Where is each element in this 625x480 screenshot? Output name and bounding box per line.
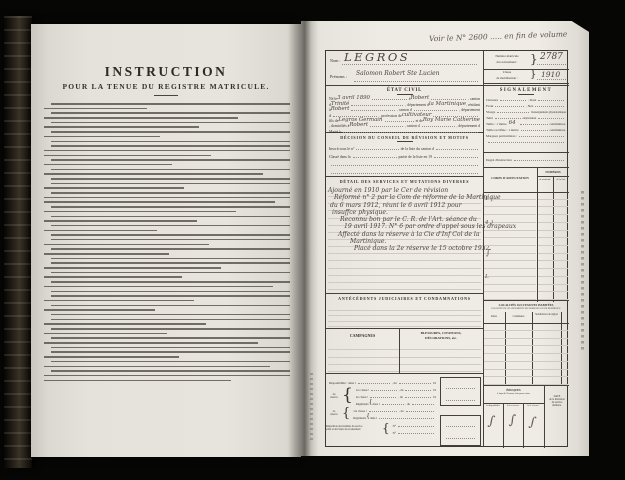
liberation-date-text: DATEde la libérationdu servicemilitaire.: [545, 395, 569, 407]
services-entries-item: Réformé n° 2 par la Com de réforme de la…: [334, 194, 482, 201]
rule-line: [328, 350, 481, 357]
partie-liste-label: partie de la liste en 19: [399, 155, 432, 159]
instruction-text-line: [44, 380, 231, 382]
rule-line: [484, 354, 568, 362]
rule-line: [538, 292, 568, 300]
instruction-paragraph: [44, 272, 290, 278]
campagnes-divider: [399, 329, 400, 374]
instruction-text-line: [44, 300, 194, 302]
instruction-text-line: [51, 141, 290, 143]
instruction-text-line: [44, 150, 290, 152]
corps-mark: 1 }: [485, 196, 494, 202]
form-header: Nom : LEGROS Prénoms : Salomon Robert St…: [326, 51, 569, 86]
instruction-paragraph: [44, 103, 290, 109]
fils-de-label: fils de: [329, 119, 338, 123]
instruction-text-line: [51, 103, 290, 105]
renseignements-label: Renseignements physionomiques: [531, 111, 566, 114]
canton-label: , canton: [468, 97, 480, 101]
instruction-text-line: [51, 169, 290, 171]
form-main-divider: [483, 51, 484, 446]
instruction-text-line: [44, 187, 184, 189]
leader: [535, 106, 564, 107]
leader: [446, 400, 475, 401]
instruction-text-line: [44, 197, 290, 199]
instruction-text-line: [51, 248, 290, 250]
instruction-text-line: [51, 192, 290, 194]
services-entries-item: Reconnu bon par le C. R. de l'Art. séanc…: [340, 216, 482, 223]
nom-underline: [342, 64, 477, 65]
corps-rules: [484, 192, 536, 300]
left-page: INSTRUCTION POUR LA TENUE DU REGISTRE MA…: [31, 24, 301, 457]
matricule-value: 2787: [540, 52, 563, 62]
epoques-section: ÉPOQUES à laquelle l'homme doit passer d…: [483, 386, 569, 448]
leader: [369, 411, 397, 412]
rule-line: [484, 292, 536, 300]
instruction-text-line: [51, 159, 290, 161]
instruction-text-line: [51, 131, 290, 133]
rule-line: [328, 269, 481, 276]
signalement-title-rule: [518, 94, 534, 95]
rule-line: [538, 223, 568, 231]
services-entries-item: Affecté dans la réserve à la Cie d'Inf C…: [338, 231, 482, 238]
rule-line: [538, 285, 568, 293]
instruction-paragraph: [44, 239, 290, 245]
margin-vertical-note: [310, 373, 313, 441]
instruction-text-line: [51, 291, 290, 293]
cm-label: centimètres.: [550, 122, 566, 126]
instruction-text-line: [51, 178, 290, 180]
cm2-label: centimètres.: [550, 128, 566, 132]
rule-line: [328, 254, 481, 261]
leader: [422, 126, 455, 127]
instruction-text-line: [51, 216, 290, 218]
leader: [488, 142, 564, 143]
instruction-paragraph: [44, 131, 290, 137]
epoques-header-line: [483, 403, 544, 404]
instruction-paragraph: [44, 351, 290, 357]
services-entries-item: Placé dans la 2e réserve le 15 octobre 1…: [354, 245, 482, 252]
instruction-text-line: [51, 295, 290, 297]
rule-line: [538, 200, 568, 208]
instruction-text-line: [51, 145, 290, 147]
classe1-label: 1re classe !: [353, 409, 367, 413]
antecedents-rules: [328, 305, 481, 327]
instruction-title: INSTRUCTION: [31, 64, 301, 80]
leader: [446, 438, 475, 439]
corps-mark: L: [485, 274, 489, 280]
localites-col-communes: Communes: [505, 315, 532, 318]
marques-label: Marques particulières :: [486, 134, 517, 138]
services-entries-item: du 6 mars 1912, réuni le 6 avril 1912 po…: [330, 202, 482, 209]
rule-line: [484, 231, 536, 239]
rule-line: [538, 207, 568, 215]
corps-mark: 4 }: [485, 220, 494, 226]
rule-line: [538, 254, 568, 262]
classe-value: 1910: [541, 70, 560, 79]
reserve2-brace: {: [342, 407, 350, 420]
residant-label: , résidant: [466, 103, 480, 107]
instruction-text-line: [51, 337, 290, 339]
instruction-text-line: [44, 117, 238, 119]
services-entries: Ajourné en 1910 par le Cer de révisionRé…: [328, 187, 482, 253]
instruction-text-line: [51, 319, 290, 321]
nom-label: Nom :: [330, 58, 341, 63]
leader: [399, 383, 431, 384]
matricule-underline: [537, 64, 566, 65]
taille-rectifiee-label: Taille rectifiée : 1 mètre: [486, 128, 519, 132]
campagnes-header: CAMPAGNES: [326, 333, 399, 338]
instruction-text-line: [44, 201, 275, 203]
instruction-text-line: [51, 305, 290, 307]
epoques-mark: ∫: [528, 415, 537, 431]
an-label: 19: [433, 388, 436, 392]
mother-value: Roy Marie Catherine: [423, 117, 480, 123]
leader: [382, 404, 404, 405]
dansl-label: dans l: [370, 416, 377, 420]
inscrit-label: Inscrit sous le n°: [329, 147, 354, 151]
services-entries-item: 19 avril 1917. N° 6 par ordre d'appel so…: [344, 223, 482, 230]
instruction-text-line: [51, 225, 290, 227]
instruction-text-line: [44, 211, 236, 213]
instruction-paragraph: [44, 225, 290, 231]
taille-value: 64: [509, 120, 516, 126]
instruction-paragraph: [44, 248, 290, 254]
classe-label-2: de mobilisation :: [485, 76, 529, 80]
leader: [358, 383, 390, 384]
instruction-paragraph: [44, 281, 290, 287]
instruction-paragraph: [44, 192, 290, 203]
numeros-header: NUMÉROS: [537, 170, 569, 174]
rule-line: [538, 269, 568, 277]
leader: [495, 118, 521, 119]
corps-section: CORPS D'AFFECTATION NUMÉROS de matricule…: [483, 167, 569, 301]
front-label: Front: [486, 104, 493, 108]
instruction-text-line: [44, 375, 290, 377]
nom-value: LEGROS: [344, 50, 410, 64]
classe1-label: 1re classe !: [356, 388, 370, 392]
residence-value: Robert: [331, 106, 350, 112]
et-de-label: et de: [416, 119, 423, 123]
corps-rules-right: [538, 192, 568, 300]
domicile-value: Robert: [349, 122, 368, 128]
decision-title: DÉCISION DU CONSEIL DE RÉVISION ET MOTIF…: [326, 133, 483, 140]
liste-canton-label: de la liste du canton d: [401, 147, 434, 151]
services-entries-item: Martinique.: [350, 238, 482, 245]
numeros-sub-2: de la liste: [553, 179, 569, 181]
leader: [446, 426, 475, 427]
leader: [370, 126, 403, 127]
prenoms-label: Prénoms :: [330, 74, 347, 79]
signalement-section: SIGNALEMENT Cheveux, Yeux Front, Nez Vis…: [483, 86, 569, 153]
localites-section: LOCALITÉS SUCCESSIVES HABITÉES PAR SUITE…: [483, 301, 569, 386]
rule-line: [328, 276, 481, 283]
instruction-text-line: [51, 239, 290, 241]
rule-line: [484, 277, 536, 285]
instruction-paragraph: [44, 145, 290, 156]
degre-section: Degré d'instruction: [483, 153, 569, 167]
canton3-label: , canton d: [405, 124, 420, 128]
instruction-text-line: [51, 272, 290, 274]
leader: [370, 397, 396, 398]
corps-mark: ∫: [486, 248, 490, 257]
decision-section: DÉCISION DU CONSEIL DE RÉVISION ET MOTIF…: [326, 133, 483, 177]
instruction-paragraph: [44, 258, 290, 260]
leader: [372, 99, 407, 100]
classe2-label: 2e classe !: [356, 395, 369, 399]
birthplace-value: Robert: [410, 95, 429, 101]
instruction-paragraph: [44, 305, 290, 311]
localites-title-1: LOCALITÉS SUCCESSIVES HABITÉES: [483, 303, 569, 307]
instruction-text-line: [51, 328, 290, 330]
rule-line: [484, 377, 568, 385]
rule-line: [328, 322, 481, 328]
instruction-paragraph: [44, 112, 290, 118]
rule-line: [484, 269, 536, 277]
leader: [379, 418, 434, 419]
leader: [538, 100, 564, 101]
leader: [434, 157, 478, 158]
leader: [405, 397, 431, 398]
rule-line: [538, 238, 568, 246]
matricule-label-2: du recrutement :: [485, 60, 529, 64]
rule-line: [538, 192, 568, 200]
instruction-text-line: [51, 370, 290, 372]
leader: [353, 157, 397, 158]
instruction-text-line: [44, 309, 155, 311]
instruction-text-line: [44, 108, 147, 110]
epoques-mark: ∫: [508, 413, 516, 428]
instruction-text-line: [51, 361, 290, 363]
antecedents-title: ANTÉCÉDENTS JUDICIAIRES ET CONDAMNATIONS: [326, 294, 483, 301]
instruction-paragraph: [44, 361, 290, 367]
instruction-paragraph: [44, 141, 290, 143]
signalement-title: SIGNALEMENT: [483, 86, 569, 93]
instruction-text-line: [51, 234, 290, 236]
instruction-text-line: [51, 351, 290, 353]
instruction-paragraph: [44, 262, 290, 268]
dept3-label: , département d: [457, 124, 481, 128]
du-label: , du: [399, 409, 404, 413]
rule-line: [484, 331, 568, 339]
etat-civil-title: ÉTAT CIVIL: [326, 86, 483, 93]
instruction-text-line: [51, 314, 290, 316]
yeux-label: , Yeux: [528, 98, 537, 102]
an-label: 19: [433, 395, 436, 399]
dept-label: , département d: [405, 103, 429, 107]
leader: [385, 121, 414, 122]
rule-line: [484, 339, 568, 347]
dept-value: la Martinique: [429, 101, 466, 107]
rule-line: [484, 254, 536, 262]
numeros-sub-1: de matricule: [537, 179, 553, 181]
instruction-text-line: [44, 244, 209, 246]
instruction-paragraph: [44, 206, 290, 212]
rule-line: [538, 231, 568, 239]
leader: [398, 426, 434, 427]
epoques-col-1: la disponibilité: [483, 405, 503, 407]
leader: [412, 404, 434, 405]
book-scan: INSTRUCTION POUR LA TENUE DU REGISTRE MA…: [0, 0, 625, 480]
instruction-text-line: [44, 164, 172, 166]
leader: [519, 136, 564, 137]
instruction-paragraph: [44, 347, 290, 349]
epoques-divider-1: [503, 403, 504, 448]
blessures-header-1: BLESSURES, CITATIONS,: [399, 331, 483, 335]
instruction-text-line: [51, 183, 290, 185]
leader: [398, 433, 434, 434]
prenoms-underline: [354, 81, 478, 82]
localites-title-2: PAR SUITE DE CHANGEMENTS DE DOMICILE OU …: [483, 308, 569, 310]
rule-line: [484, 346, 568, 354]
rule-line: [328, 283, 481, 290]
domicilies-label: , domiciliés à: [329, 124, 349, 128]
rule-line: [538, 277, 568, 285]
leader: [514, 160, 564, 161]
emplacement-label: emplacement: [523, 117, 537, 120]
rule-line: [538, 215, 568, 223]
classe-underline: [537, 79, 566, 80]
prenoms-value: Salomon Robert Ste Lucien: [356, 70, 440, 77]
instruction-paragraph: [44, 183, 290, 189]
d2-label: d: [329, 114, 331, 118]
services-section: DÉTAIL DES SERVICES ET MUTATIONS DIVERSE…: [326, 177, 483, 294]
repartition-brace: {: [382, 422, 390, 434]
instruction-text-line: [44, 136, 160, 138]
reserve1-brace: {: [342, 387, 353, 404]
leader: [405, 390, 431, 391]
leader: [538, 118, 564, 119]
instruction-paragraph: [44, 328, 290, 334]
instruction-text-line: [44, 173, 263, 175]
leader: [495, 106, 524, 107]
leader: [331, 165, 478, 166]
instruction-text-line: [44, 230, 157, 232]
instruction-paragraph: [44, 159, 290, 165]
instruction-subtitle: POUR LA TENUE DU REGISTRE MATRICULE.: [31, 82, 301, 91]
classe-dans-label: Classé dans la: [329, 155, 351, 159]
taille-label: Taille : 1 mètre: [486, 122, 507, 126]
book-spine: [4, 16, 32, 468]
instruction-paragraph: [44, 178, 290, 180]
rule-line: [484, 323, 568, 331]
instruction-text-line: [51, 281, 290, 283]
etat-civil-section: ÉTAT CIVIL Né le3 avril 1890àRobert, can…: [326, 86, 483, 133]
top-annotation: Voir le N° 2600 ..... en fin de volume: [429, 30, 559, 44]
epoques-mark: ∫: [487, 414, 496, 430]
classe-brace: }: [530, 70, 536, 80]
teint-label: Teint: [486, 116, 493, 120]
rule-line: [328, 343, 481, 350]
classe-cell: Classe de mobilisation : } 1910: [483, 69, 569, 84]
services-entries-item: Ajourné en 1910 par le Cer de révision: [328, 187, 482, 194]
leader: [351, 110, 395, 111]
rule-line: [538, 261, 568, 269]
instruction-paragraph: [44, 216, 290, 222]
reserves-note-box-1: [440, 377, 481, 406]
campagnes-section: CAMPAGNES BLESSURES, CITATIONS, DÉCORATI…: [326, 329, 483, 374]
instruction-paragraph: [44, 122, 290, 128]
classe-label-1: Classe: [485, 70, 529, 74]
leader: [331, 173, 478, 174]
leader: [351, 105, 403, 106]
du-label: , du: [398, 395, 403, 399]
localites-rules: [484, 323, 568, 385]
matricule-cell: Numéro matricule du recrutement : } 2787: [483, 51, 569, 70]
instruction-paragraph: [44, 319, 290, 325]
leader: [436, 149, 478, 150]
nez-label: , Nez: [526, 104, 533, 108]
leader: [406, 411, 434, 412]
leader: [371, 390, 397, 391]
leader: [520, 124, 548, 125]
rule-line: [484, 370, 568, 378]
instruction-paragraph: [44, 295, 290, 301]
liberation-date-text-item: militaire.: [545, 404, 569, 407]
rule-line: [484, 238, 536, 246]
instruction-text-line: [51, 347, 290, 349]
rule-line: [328, 358, 481, 365]
localites-col-dates: Dates: [483, 315, 505, 318]
no-label: N°: [393, 424, 396, 428]
instruction-paragraph: [44, 337, 290, 343]
leader: [356, 149, 398, 150]
leader: [497, 112, 529, 113]
instruction-paragraph: [44, 234, 290, 236]
du-label: , du: [399, 388, 404, 392]
printer-imprint: [581, 191, 584, 351]
instruction-paragraph: [44, 370, 290, 381]
regiments-label: Régiments: [353, 416, 366, 420]
matricule-label-1: Numéro matricule: [485, 54, 529, 58]
rule-line: [328, 365, 481, 372]
rule-line: [484, 285, 536, 293]
epoques-subtitle: à laquelle l'homme doit passer dans: [485, 393, 542, 395]
services-title: DÉTAIL DES SERVICES ET MUTATIONS DIVERSE…: [326, 177, 483, 184]
reserves-note-box-2: [440, 415, 481, 446]
instruction-text-line: [44, 333, 167, 335]
epoques-col-2: la 1re réserve: [503, 405, 523, 407]
cheveux-label: Cheveux: [486, 98, 498, 102]
instruction-text-line: [44, 253, 169, 255]
blessures-header-2: DÉCORATIONS, etc.: [399, 336, 483, 340]
instruction-text-line: [44, 366, 270, 368]
antecedents-section: ANTÉCÉDENTS JUDICIAIRES ET CONDAMNATIONS: [326, 294, 483, 329]
instruction-text-line: [44, 220, 197, 222]
instruction-text-line: [44, 342, 258, 344]
campagnes-rules: [328, 343, 481, 372]
instruction-text-line: [44, 126, 199, 128]
dept2-label: , département: [459, 108, 480, 112]
instruction-paragraph: [44, 291, 290, 293]
instruction-text-line: [44, 276, 182, 278]
repartition-label-2: armé et des listes de recensement: [326, 428, 382, 431]
localites-col-subdivision: Subdivision de région: [532, 313, 561, 316]
matricule-form: Nom : LEGROS Prénoms : Salomon Robert St…: [325, 50, 568, 447]
degre-label: Degré d'instruction: [486, 158, 512, 162]
right-page: Voir le N° 2600 ..... en fin de volume N…: [301, 21, 589, 456]
instruction-text-line: [44, 267, 221, 269]
decision-title-rule: [397, 141, 413, 142]
rule-line: [538, 246, 568, 254]
epoques-divider-2: [523, 403, 524, 448]
instruction-text-line: [44, 356, 179, 358]
instruction-text-line: [51, 262, 290, 264]
services-entries-item: insuffce physique.: [332, 209, 482, 216]
corps-header: CORPS D'AFFECTATION: [485, 176, 535, 180]
reserves-section: Disponibilité : dans l, du19 1re réserve…: [326, 374, 483, 448]
rule-line: [328, 261, 481, 268]
epoques-title: ÉPOQUES: [483, 388, 544, 392]
